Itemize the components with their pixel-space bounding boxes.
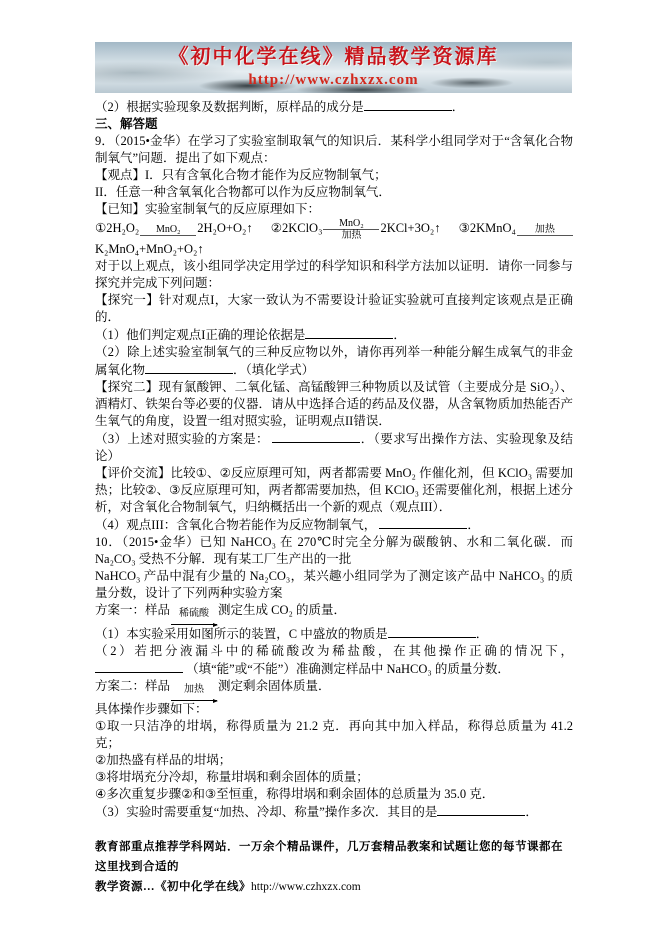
text-run: ． bbox=[476, 627, 489, 641]
text-run: 测定生成 CO₂ 的质量． bbox=[218, 603, 346, 617]
q10-step-2: ②加热盛有样品的坩埚； bbox=[95, 752, 573, 769]
q10-question-3: （3）实验时需要重复“加热、冷却、称量”操作多次．其目的是． bbox=[95, 803, 573, 821]
q9-question-3: （3）上述对照实验的方案是： ．（要求写出操作方法、实验现象及结论） bbox=[95, 430, 573, 465]
answer-blank bbox=[388, 625, 476, 638]
condition-above: MnO₂ bbox=[140, 224, 196, 236]
text-run: （填“能”或“不能”）准确测定样品中 NaHCO₃ 的质量分数． bbox=[186, 662, 510, 676]
text-run: 方案二：样品 bbox=[95, 679, 170, 693]
eq-products: 2H₂O+O₂↑ bbox=[197, 221, 252, 235]
q10-steps-title: 具体操作步骤如下： bbox=[95, 701, 573, 718]
text-run: （3）实验时需要重复“加热、冷却、称量”操作多次．其目的是 bbox=[95, 805, 437, 819]
q10-question-2: （2）若把分液漏斗中的稀硫酸改为稀盐酸，在其他操作正确的情况下， （填“能”或“… bbox=[95, 643, 573, 678]
condition-below: 加热 bbox=[323, 230, 379, 241]
reaction-condition-bar: MnO₂ bbox=[140, 224, 196, 236]
footer-line-1: 教育部重点推荐学科网站．一万余个精品课件，几万套精品教案和试题让您的每节课都在这… bbox=[95, 837, 573, 877]
text-run: 方案一：样品 bbox=[95, 603, 170, 617]
text-run: （2）若把分液漏斗中的稀硫酸改为稀盐酸，在其他操作正确的情况下， bbox=[95, 644, 573, 658]
q10-step-4: ④多次重复步骤②和③至恒重，称得坩埚和剩余固体的总质量为 35.0 克． bbox=[95, 786, 573, 803]
text-run: 教学资源…《初中化学在线》 bbox=[95, 881, 251, 893]
eq-products: 2KCl+3O₂↑ bbox=[380, 221, 440, 235]
text-run: ． bbox=[393, 328, 406, 342]
q9-explore-2: 【探究二】现有氯酸钾、二氧化锰、高锰酸钾三种物质以及试管（主要成分是 SiO₂）… bbox=[95, 379, 573, 430]
q10-step-3: ③将坩埚充分冷却，称量坩埚和剩余固体的质量； bbox=[95, 769, 573, 786]
q9-question-2: （2）除上述实验室制氧气的三种反应物以外，请你再列举一种能分解生成氧气的非金属氧… bbox=[95, 344, 573, 379]
answer-blank bbox=[145, 361, 233, 374]
site-banner: 《初中化学在线》精品教学资源库 http://www.czhxzx.com bbox=[95, 42, 572, 93]
answer-blank bbox=[379, 516, 467, 529]
reaction-condition-bar: MnO₂加热 bbox=[323, 218, 379, 241]
condition-arrow: 稀硫酸 bbox=[171, 608, 217, 625]
answer-blank bbox=[437, 803, 525, 816]
banner-title: 《初中化学在线》精品教学资源库 bbox=[95, 45, 572, 69]
condition-arrow: 加热 bbox=[171, 684, 217, 701]
text-run: （1）他们判定观点I正确的理论依据是 bbox=[95, 328, 305, 342]
eq-reactants: 2KClO₃ bbox=[282, 221, 322, 235]
reaction-condition-bar: 加热 bbox=[517, 224, 573, 236]
arrow-condition: 稀硫酸 bbox=[171, 608, 217, 619]
text-run: 测定剩余固体质量． bbox=[218, 679, 331, 693]
q9-discussion: 对于以上观点，该小组同学决定用学过的科学知识和科学方法加以证明．请你一同参与探究… bbox=[95, 258, 573, 292]
q9-viewpoint-1: 【观点】I．只有含氧化合物才能作为反应物制氧气； bbox=[95, 167, 573, 184]
q9-viewpoint-2: II．任意一种含氧氧化合物都可以作为反应物制氧气． bbox=[95, 184, 573, 201]
eq-reactants: 2KMnO₄ bbox=[470, 221, 516, 235]
q10-step-1: ①取一只洁净的坩埚，称得质量为 21.2 克．再向其中加入样品，称得总质量为 4… bbox=[95, 718, 573, 752]
text-run: ． bbox=[467, 518, 480, 532]
q9-evaluate: 【评价交流】比较①、②反应原理可知，两者都需要 MnO₂ 作催化剂，但 KClO… bbox=[95, 465, 573, 516]
q10-question-1: （1）本实验采用如图所示的装置，C 中盛放的物质是． bbox=[95, 625, 573, 643]
condition-above: MnO₂ bbox=[323, 218, 379, 230]
q10-plan-2: 方案二：样品加热测定剩余固体质量． bbox=[95, 678, 573, 701]
answer-blank bbox=[272, 430, 360, 443]
equation-3: ③2KMnO₄加热 bbox=[459, 221, 574, 235]
section-heading: 三、解答题 bbox=[95, 116, 573, 133]
text-run: （4）观点III：含氧化合物若能作为反应物制氧气， bbox=[95, 518, 376, 532]
arrow-shaft bbox=[171, 695, 217, 701]
q9-stem: 9．（2015•金华）在学习了实验室制取氧气的知识后．某科学小组同学对于“含氧化… bbox=[95, 133, 573, 167]
reaction-equations: ①2H₂O₂MnO₂2H₂O+O₂↑ ②2KClO₃MnO₂加热2KCl+3O₂… bbox=[95, 218, 573, 241]
eq-number: ③ bbox=[459, 221, 470, 235]
q9-question-1: （1）他们判定观点I正确的理论依据是． bbox=[95, 326, 573, 344]
answer-blank bbox=[364, 98, 452, 111]
page-footer: 教育部重点推荐学科网站．一万余个精品课件，几万套精品教案和试题让您的每节课都在这… bbox=[95, 837, 573, 897]
text-run: （3）上述对照实验的方案是： bbox=[95, 432, 269, 446]
eq-number: ① bbox=[95, 221, 106, 235]
footer-url-link[interactable]: http://www.czhxzx.com bbox=[251, 881, 361, 893]
q10-stem: 10．（2015•金华）已知 NaHCO₃ 在 270℃时完全分解为碳酸钠、水和… bbox=[95, 534, 573, 568]
answer-blank bbox=[95, 660, 183, 673]
text-run: （1）本实验采用如图所示的装置，C 中盛放的物质是 bbox=[95, 627, 388, 641]
condition-above: 加热 bbox=[517, 224, 573, 236]
answer-blank bbox=[305, 326, 393, 339]
equation-2: ②2KClO₃MnO₂加热2KCl+3O₂↑ bbox=[271, 221, 441, 235]
equation-3-products: K₂MnO₄+MnO₂+O₂↑ bbox=[95, 241, 573, 258]
eq-reactants: 2H₂O₂ bbox=[106, 221, 139, 235]
text-run: ．（填化学式） bbox=[233, 363, 314, 377]
arrow-condition: 加热 bbox=[171, 684, 217, 695]
arrow-shaft bbox=[171, 619, 217, 625]
equation-1: ①2H₂O₂MnO₂2H₂O+O₂↑ bbox=[95, 221, 253, 235]
text-run: ． bbox=[525, 805, 538, 819]
banner-url-link[interactable]: http://www.czhxzx.com bbox=[95, 70, 572, 90]
text-run: ． bbox=[452, 100, 465, 114]
q9-question-4: （4）观点III：含氧化合物若能作为反应物制氧气， ． bbox=[95, 516, 573, 534]
text-run: （2）根据实验现象及数据判断，原样品的成分是 bbox=[95, 100, 364, 114]
footer-line-2: 教学资源…《初中化学在线》http://www.czhxzx.com bbox=[95, 877, 573, 897]
document-page: 《初中化学在线》精品教学资源库 http://www.czhxzx.com （2… bbox=[0, 0, 661, 935]
q10-plan-1: 方案一：样品稀硫酸测定生成 CO₂ 的质量． bbox=[95, 602, 573, 625]
q9-explore-1: 【探究一】针对观点I，大家一致认为不需要设计验证实验就可直接判定该观点是正确的． bbox=[95, 292, 573, 326]
q9-known: 【已知】实验室制氧气的反应原理如下： bbox=[95, 201, 573, 218]
question-2-line: （2）根据实验现象及数据判断，原样品的成分是． bbox=[95, 98, 573, 116]
eq-number: ② bbox=[271, 221, 282, 235]
q10-stem-2: NaHCO₃ 产品中混有少量的 Na₂CO₃，某兴趣小组同学为了测定该产品中 N… bbox=[95, 568, 573, 602]
